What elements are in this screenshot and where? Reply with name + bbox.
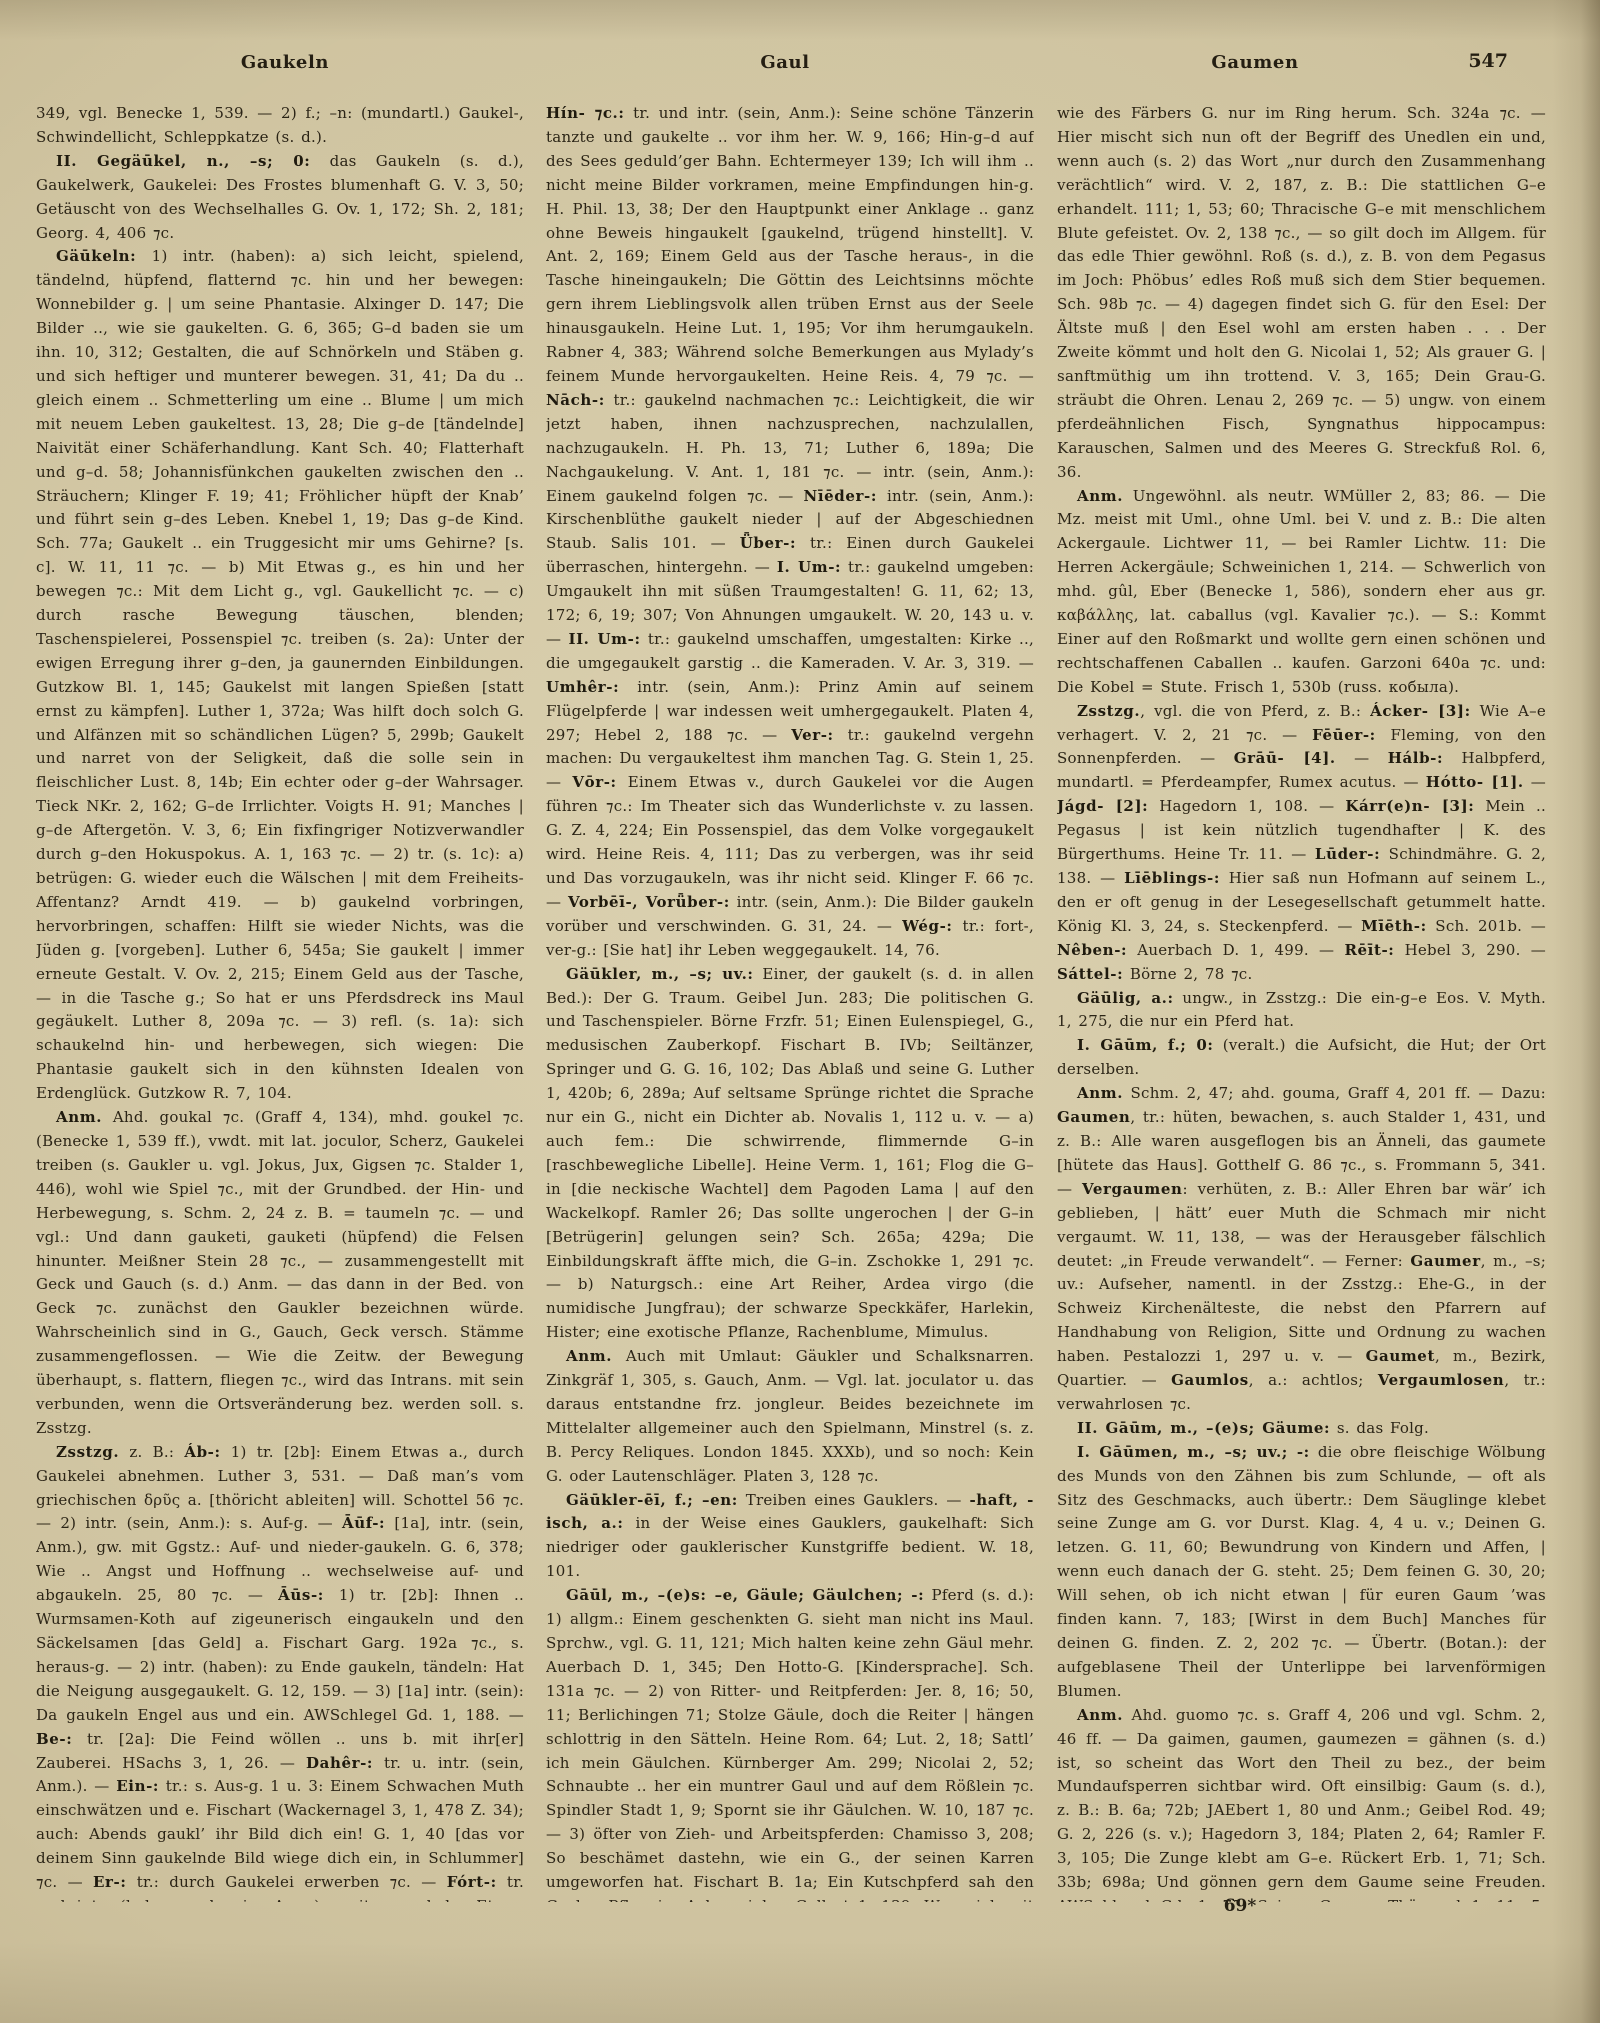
headword: Anm. [1077,1084,1123,1102]
text-column-3: wie des Färbers G. nur im Ring herum. Sc… [1057,102,1546,1902]
body-text: 1) intr. (haben): a) sich leicht, spiele… [36,247,524,1102]
headword: Anm. [1077,1706,1123,1724]
headword: Hótto- [1]. [1426,773,1524,791]
body-text: Hebel 3, 290. — [1394,941,1546,959]
paragraph: Anm. Ahd. goukal ⁊c. (Graff 4, 134), mhd… [36,1106,524,1441]
headword: Vōr-: [572,773,616,791]
headword: Vorbēī-, Vorǖber-: [568,893,730,911]
text-column-1: 349, vgl. Benecke 1, 539. — 2) f.; –n: (… [36,102,524,1902]
body-text: 1) tr. [2b]: Ihnen .. Wurmsamen-Koth auf… [36,1586,524,1724]
body-text: Ungewöhnl. als neutr. WMüller 2, 83; 86.… [1057,487,1546,696]
paragraph: Anm. Schm. 2, 47; ahd. gouma, Graff 4, 2… [1057,1082,1546,1417]
headword: Anm. [56,1108,102,1126]
headword: Anm. [1077,487,1123,505]
body-text: tr. und intr. (sein, Anm.): Seine schöne… [546,104,1034,385]
headword: Mīēth-: [1361,917,1427,935]
headword: II. Gāūm, m., –(e)s; Gäume: [1077,1419,1330,1437]
body-text: Ahd. guomo ⁊c. s. Graff 4, 206 und vgl. … [1057,1706,1546,1902]
headword: Sáttel-: [1057,965,1123,983]
body-text: Hagedorn 1, 108. — [1148,797,1345,815]
headword: Áb-: [184,1443,220,1461]
headword: I. Um-: [777,558,841,576]
headword: Gäūkeln: [56,247,136,265]
paragraph: Zsstzg. z. B.: Áb-: 1) tr. [2b]: Einem E… [36,1441,524,1902]
headword: Kárr(e)n- [3]: [1345,797,1474,815]
headword: II. Um-: [568,630,640,648]
paragraph: Anm. Auch mit Umlaut: Gäukler und Schalk… [546,1345,1034,1488]
headword: I. Gāūmen, m., –s; uv.; -: [1077,1443,1310,1461]
headword: Lūder-: [1315,845,1380,863]
body-text: Sch. 201b. — [1427,917,1546,935]
text-column-2: Hín- ⁊c.: tr. und intr. (sein, Anm.): Se… [546,102,1034,1902]
headword: Hín- ⁊c.: [546,104,625,122]
headword: Nīēder-: [804,487,877,505]
headword: Anm. [566,1347,612,1365]
headword: Nêben-: [1057,941,1127,959]
headword: Jágd- [2]: [1057,797,1148,815]
body-text: , vgl. die von Pferd, z. B.: [1140,702,1370,720]
running-head-center: Gaul [620,52,950,78]
headword: Grāū- [4]. [1234,749,1336,767]
paragraph: Zsstzg., vgl. die von Pferd, z. B.: Ácke… [1057,700,1546,987]
dictionary-page: Gaukeln Gaul Gaumen 547 349, vgl. Beneck… [0,0,1600,2023]
paragraph: Hín- ⁊c.: tr. und intr. (sein, Anm.): Se… [546,102,1034,963]
body-text: Börne 2, 78 ⁊c. [1123,965,1252,983]
paragraph: I. Gāūm, f.; 0: (veralt.) die Aufsicht, … [1057,1034,1546,1082]
headword: Be-: [36,1730,72,1748]
headword: Āūs-: [278,1586,324,1604]
headword: Ácker- [3]: [1370,702,1471,720]
body-text: Pferd (s. d.): 1) allgm.: Einem geschenk… [546,1586,1034,1902]
headword: Vergaumlosen [1378,1371,1505,1389]
paragraph: II. Gāūm, m., –(e)s; Gäume: s. das Folg. [1057,1417,1546,1441]
sheet-signature: 69* [1160,1896,1320,1916]
headword: Gaumer [1410,1252,1480,1270]
body-text: wie des Färbers G. nur im Ring herum. Sc… [1057,104,1546,481]
headword: Ǖber-: [740,534,796,552]
paragraph: Gāūl, m., –(e)s: –e, Gäule; Gäulchen; -:… [546,1584,1034,1902]
headword: Gaumen [1057,1108,1130,1126]
body-text: Einer, der gaukelt (s. d. in allen Bed.)… [546,965,1034,1342]
headword: Fórt-: [447,1873,497,1891]
paragraph: I. Gāūmen, m., –s; uv.; -: die obre flei… [1057,1441,1546,1704]
headword: Gäūlig, a.: [1077,989,1174,1007]
page-number: 547 [1408,50,1508,72]
body-text: Auerbach D. 1, 499. — [1127,941,1344,959]
headword: II. Gegäūkel, n., –s; 0: [56,152,310,170]
headword: Hálb-: [1388,749,1443,767]
headword: Gäūkler-ēī, f.; –en: [566,1491,738,1509]
body-text: Einem Etwas v., durch Gaukelei vor die A… [546,773,1034,911]
headword: Umhêr-: [546,678,619,696]
headword: Rēīt-: [1344,941,1394,959]
headword: Gaumlos [1171,1371,1249,1389]
body-text: 349, vgl. Benecke 1, 539. — 2) f.; –n: (… [36,104,524,146]
body-text: , a.: achtlos; [1249,1371,1378,1389]
headword: I. Gāūm, f.; 0: [1077,1036,1214,1054]
body-text: — [1336,749,1388,767]
running-head-left: Gaukeln [120,52,450,78]
headword: Wég-: [902,917,952,935]
headword: Gaumet [1366,1347,1435,1365]
headword: Er-: [93,1873,127,1891]
headword: Dahêr-: [306,1754,373,1772]
paragraph: Gäūkler-ēī, f.; –en: Treiben eines Gaukl… [546,1489,1034,1585]
body-text: s. das Folg. [1330,1419,1429,1437]
headword: Ver-: [791,726,833,744]
body-text: z. B.: [119,1443,184,1461]
body-text: Treiben eines Gauklers. — [738,1491,970,1509]
body-text: Auch mit Umlaut: Gäukler und Schalksnarr… [546,1347,1034,1485]
paragraph: Gäūlig, a.: ungw., in Zsstzg.: Die ein-g… [1057,987,1546,1035]
headword: Līēblings-: [1124,869,1220,887]
paragraph: 349, vgl. Benecke 1, 539. — 2) f.; –n: (… [36,102,524,150]
body-text: — [1524,773,1546,791]
paragraph: Gäūkeln: 1) intr. (haben): a) sich leich… [36,245,524,1106]
body-text: die obre fleischige Wölbung des Munds vo… [1057,1443,1546,1700]
paragraph: Gäūkler, m., –s; uv.: Einer, der gaukelt… [546,963,1034,1346]
body-text: Ahd. goukal ⁊c. (Graff 4, 134), mhd. gou… [36,1108,524,1437]
headword: Zsstzg. [56,1443,119,1461]
body-text: Schm. 2, 47; ahd. gouma, Graff 4, 201 ff… [1123,1084,1546,1102]
headword: Āūf-: [342,1514,385,1532]
paragraph: Anm. Ahd. guomo ⁊c. s. Graff 4, 206 und … [1057,1704,1546,1902]
headword: Ein-: [116,1777,159,1795]
paragraph: II. Gegäūkel, n., –s; 0: das Gaukeln (s.… [36,150,524,246]
paragraph: Anm. Ungewöhnl. als neutr. WMüller 2, 83… [1057,485,1546,700]
headword: Zsstzg. [1077,702,1140,720]
headword: Nāch-: [546,391,605,409]
headword: Gāūl, m., –(e)s: –e, Gäule; Gäulchen; -: [566,1586,924,1604]
headword: Vergaumen [1082,1180,1183,1198]
headword: Fēūer-: [1312,726,1376,744]
running-head-right: Gaumen [1090,52,1420,78]
paragraph: wie des Färbers G. nur im Ring herum. Sc… [1057,102,1546,485]
headword: Gäūkler, m., –s; uv.: [566,965,754,983]
body-text: tr.: durch Gaukelei erwerben ⁊c. — [127,1873,447,1891]
